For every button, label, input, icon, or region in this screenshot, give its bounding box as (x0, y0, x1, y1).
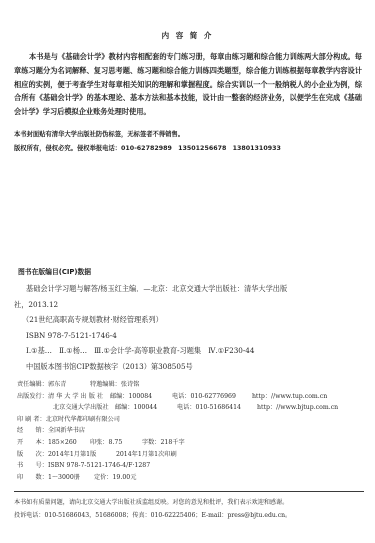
publisher-url: http：//www.bjtup.com.cn (257, 402, 338, 414)
publisher-phone: 电话：010-62776969 (172, 391, 252, 403)
editor-label: 责任编辑： (17, 379, 48, 391)
notice-line-2: 版权所有，侵权必究。侵权举报电话：010-62782989 1350125667… (14, 142, 364, 156)
spacer (17, 402, 53, 414)
print-run-row: 印 数： 1～3000册 定价：19.00元 (17, 472, 372, 484)
cip-classification: Ⅰ.①基… Ⅱ.①杨… Ⅲ.①会计学-高等职业教育-习题集 Ⅳ.①F230-44 (14, 343, 364, 359)
sheets-value: 印张：8.75 (90, 437, 142, 449)
publisher-url: http：//www.tup.com.cn (252, 391, 327, 403)
publisher-row-2: 北京交通大学出版社 邮编：100044 电话：010-51686414 http… (17, 402, 372, 414)
book-number-label: 书 号： (17, 460, 48, 472)
printing-value: 2014年1月第1次印刷 (116, 449, 177, 461)
price-value: 定价：19.00元 (94, 472, 136, 484)
notice-line-1: 本书封面贴有清华大学出版社防伪标签，无标签者不得销售。 (14, 128, 364, 142)
cip-data-block: 基础会计学习题与解答/杨玉红主编．—北京：北京交通大学出版社：清华大学出版 社，… (14, 281, 364, 374)
publisher-postcode: 邮编：100044 (115, 402, 177, 414)
print-run-value: 1～3000册 (48, 472, 94, 484)
editors-row: 责任编辑： 郭东青 特邀编辑： 张诗铭 (17, 379, 372, 391)
format-value: 185×260 (48, 437, 90, 449)
special-editor-name: 张诗铭 (121, 379, 140, 391)
print-run-label: 印 数： (17, 472, 48, 484)
editor-name: 郭东青 (48, 379, 90, 391)
special-editor-label: 特邀编辑： (90, 379, 121, 391)
format-label: 开 本： (17, 437, 48, 449)
cip-series: （21世纪高职高专规划教材·财经管理系列） (14, 312, 364, 328)
footer-line-1: 本书如有质量问题，请向北京交通大学出版社质监组反映。对您的意见和批评，我们表示欢… (14, 497, 369, 510)
cip-verification: 中国版本图书馆CIP数据核字（2013）第308505号 (14, 359, 364, 375)
publisher-row-1: 出版发行： 清 华 大 学 出 版 社 邮编：100084 电话：010-627… (17, 391, 372, 403)
printer-name: 北京时代华都印刷有限公司 (46, 414, 120, 426)
book-number-value: ISBN 978-7-5121-1746-4/F·1287 (48, 460, 150, 472)
cip-title: 图书在版编目(CIP)数据 (18, 266, 91, 276)
publisher-phone: 电话：010-51686414 (177, 402, 257, 414)
printer-label: 印 刷 者： (17, 414, 46, 426)
cip-line-1: 基础会计学习题与解答/杨玉红主编．—北京：北京交通大学出版社：清华大学出版 (14, 281, 364, 297)
publisher-name: 北京交通大学出版社 (53, 402, 115, 414)
anti-counterfeit-notice: 本书封面贴有清华大学出版社防伪标签，无标签者不得销售。 版权所有，侵权必究。侵权… (14, 128, 364, 156)
intro-body: 本书是与《基础会计学》教材内容相配套的专门练习册，每章由练习题和综合能力训练两大… (14, 50, 362, 119)
footer-line-2: 投诉电话：010-51686043，51686008；传真：010-622254… (14, 510, 369, 523)
distributor-name: 全国新华书店 (48, 425, 85, 437)
footer-divider (14, 491, 364, 492)
printer-row: 印 刷 者： 北京时代华都印刷有限公司 (17, 414, 372, 426)
distributor-row: 经 销： 全国新华书店 (17, 425, 372, 437)
publication-info: 责任编辑： 郭东青 特邀编辑： 张诗铭 出版发行： 清 华 大 学 出 版 社 … (17, 379, 372, 483)
intro-title: 内 容 简 介 (0, 30, 375, 41)
cip-line-2: 社，2013.12 (14, 300, 58, 309)
words-value: 字数：218千字 (142, 437, 185, 449)
edition-value: 2014年1月第1版 (48, 449, 116, 461)
cip-isbn: ISBN 978-7-5121-1746-4 (14, 328, 364, 344)
quality-feedback-footer: 本书如有质量问题，请向北京交通大学出版社质监组反映。对您的意见和批评，我们表示欢… (14, 497, 369, 523)
copyright-page: 内 容 简 介 本书是与《基础会计学》教材内容相配套的专门练习册，每章由练习题和… (0, 0, 375, 543)
edition-row: 版 次： 2014年1月第1版 2014年1月第1次印刷 (17, 449, 372, 461)
publisher-postcode: 邮编：100084 (110, 391, 172, 403)
distributor-label: 经 销： (17, 425, 48, 437)
publisher-label: 出版发行： (17, 391, 48, 403)
book-number-row: 书 号： ISBN 978-7-5121-1746-4/F·1287 (17, 460, 372, 472)
edition-label: 版 次： (17, 449, 48, 461)
publisher-name: 清 华 大 学 出 版 社 (48, 391, 110, 403)
format-row: 开 本： 185×260 印张：8.75 字数：218千字 (17, 437, 372, 449)
